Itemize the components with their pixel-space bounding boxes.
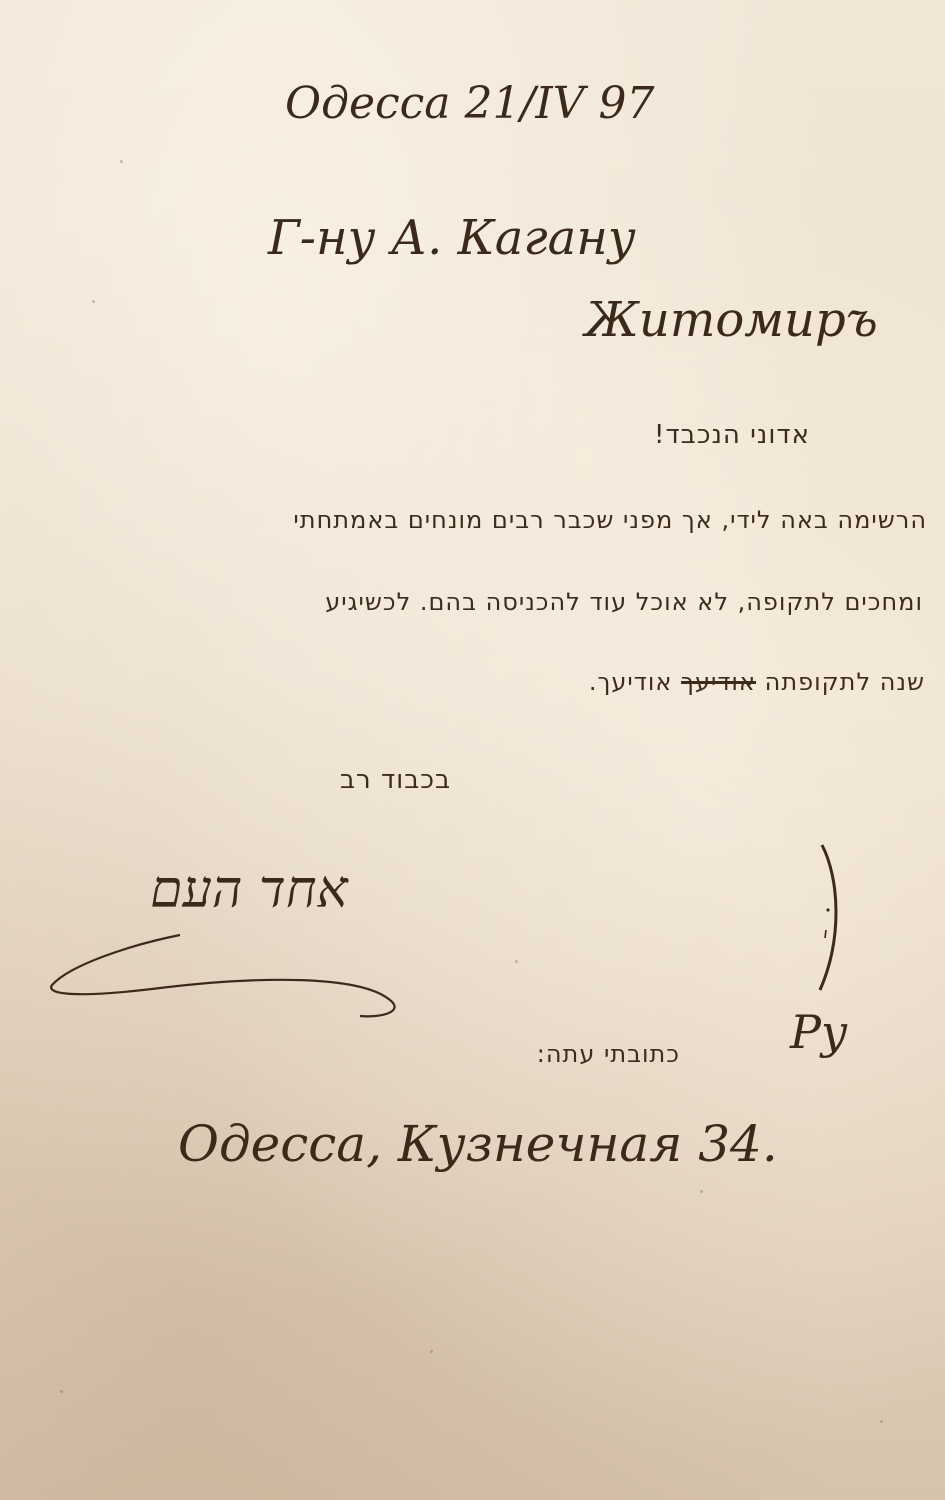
body-line-3-text: שנה לתקופתה	[765, 668, 925, 696]
closing: בכבוד רב	[340, 765, 451, 795]
paper-speck	[880, 1420, 883, 1423]
body-line-2: ומחכים לתקופה, לא אוכל עוד להכניסה בהם. …	[325, 588, 923, 616]
body-line-3-end: אודיעך.	[589, 668, 673, 696]
signature-flourish-icon	[40, 840, 420, 1020]
paper-speck	[92, 300, 95, 303]
struck-word: אודיעך	[681, 668, 756, 696]
paper-speck	[515, 960, 518, 963]
body-line-3: שנה לתקופתה אודיעך אודיעך.	[589, 668, 925, 696]
recipient-city: Житомиръ	[585, 292, 878, 348]
postcard: Одесса 21/IV 97 Г-ну А. Кагану Житомиръ …	[0, 0, 945, 1500]
address-label: כתובתי עתה:	[537, 1040, 680, 1068]
margin-initials: Ру	[790, 1005, 848, 1059]
paper-speck	[120, 160, 123, 163]
body-line-1: הרשימה באה לידי, אך מפני שכבר רבים מונחי…	[293, 506, 927, 534]
recipient-name: Г-ну А. Кагану	[268, 210, 636, 266]
margin-bracket-icon	[800, 840, 860, 1000]
signature: אחד העם	[40, 840, 420, 1020]
paper-speck	[430, 1350, 433, 1353]
paper-speck	[60, 1390, 63, 1393]
place-date: Одесса 21/IV 97	[285, 78, 654, 129]
return-address: Одесса, Кузнечная 34.	[178, 1115, 778, 1173]
paper-speck	[700, 1190, 703, 1193]
greeting: אדוני הנכבד!	[654, 420, 810, 450]
